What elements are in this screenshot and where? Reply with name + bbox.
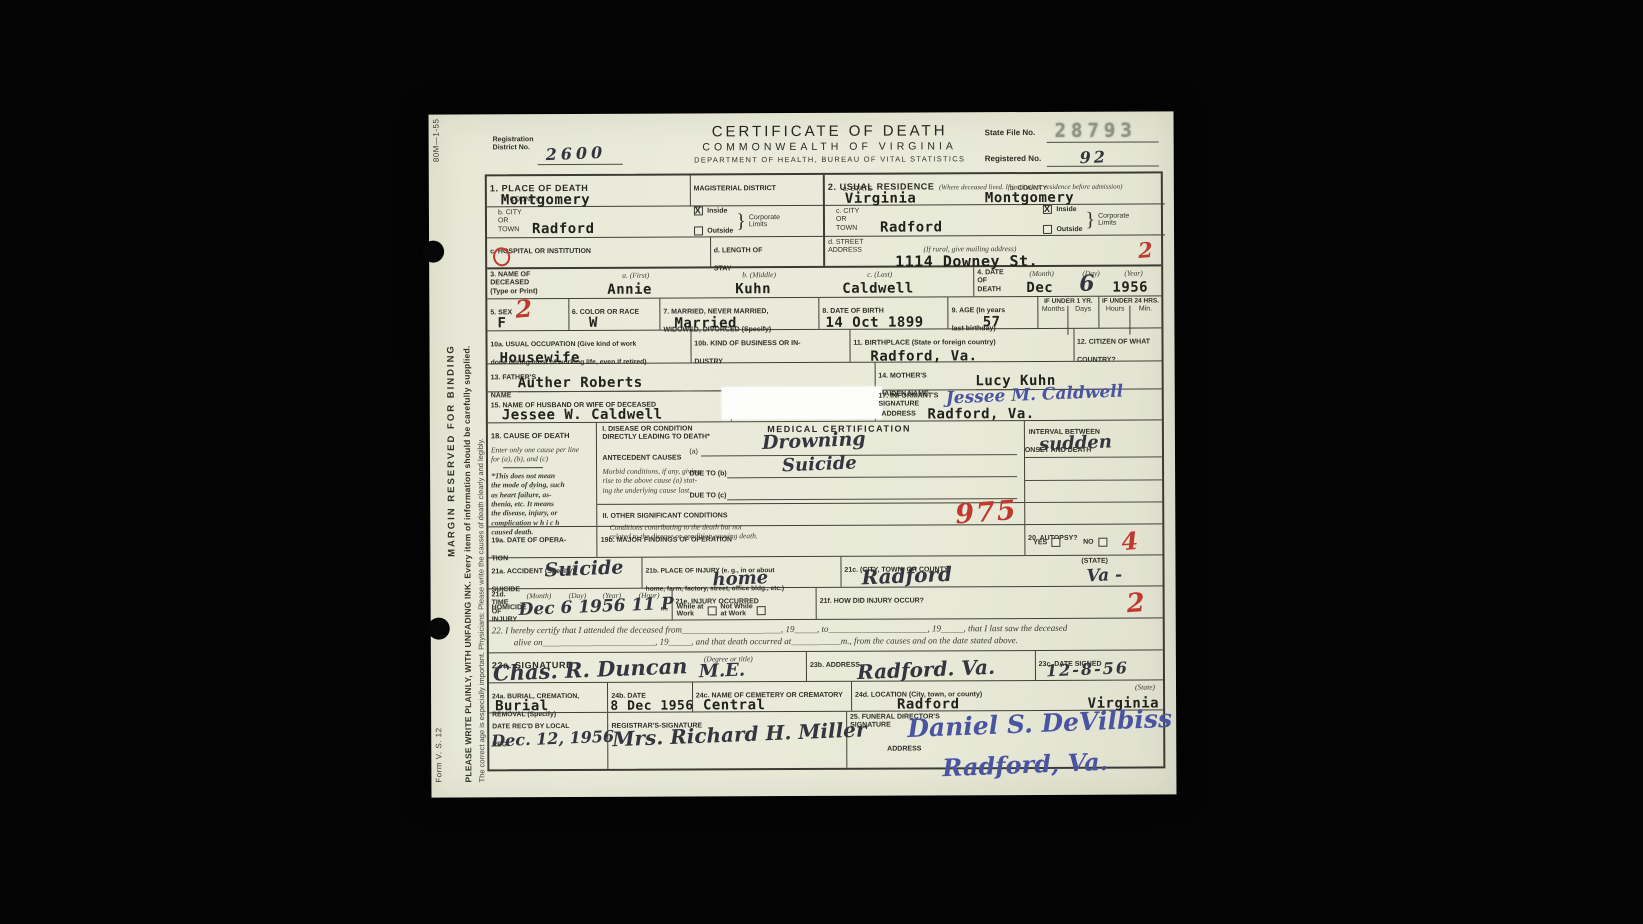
red-mark-injury: 2: [1125, 588, 1145, 619]
field-color-race: 6. COLOR OR RACE W: [569, 299, 661, 330]
outside-label: Outside: [707, 228, 733, 235]
cause-title: 18. CAUSE OF DEATH: [491, 431, 570, 440]
last-name-label: c. (Last): [867, 270, 892, 279]
death-year-label: (Year): [1124, 269, 1143, 278]
time-of-injury-label: 21d. TIME OF INJURY: [492, 591, 522, 625]
funeral-address-value: Radford, Va.: [942, 747, 1109, 782]
redacted-area: [731, 391, 875, 422]
not-while-at-work-checkbox: [757, 606, 766, 615]
county-of-death-value: Montgomery: [501, 192, 590, 208]
magisterial-district-label: MAGISTERIAL DISTRICT: [694, 185, 776, 192]
business-label: 10b. KIND OF BUSINESS OR IN- DUSTRY: [694, 340, 800, 365]
injury-city-value: Radford: [861, 562, 952, 590]
registration-district-value: 2600: [545, 143, 606, 164]
interval-block: INTERVAL BETWEEN ONSET AND DEATH sudden: [1025, 420, 1163, 524]
field-physician-signature: 23a. SIGNATURE (Degree or title) Chas. R…: [489, 652, 807, 682]
informant-address-label: ADDRESS: [882, 410, 916, 419]
red-mark-autopsy: 4: [1120, 526, 1139, 556]
death-month-value: Dec: [1026, 280, 1053, 296]
certificate-form: 1. PLACE OF DEATH a. COUNTY Montgomery M…: [485, 171, 1166, 771]
field-spouse-name: 15. NAME OF HUSBAND OR WIFE OF DECEASED …: [488, 391, 732, 422]
outside-checkbox-death: [694, 227, 703, 236]
field-residence-state-county: 2. USUAL RESIDENCE (Where deceased lived…: [825, 173, 1165, 204]
middle-name-label: b. (Middle): [742, 270, 776, 280]
death-year-value: 1956: [1112, 279, 1148, 295]
spouse-value: Jessee W. Caldwell: [502, 407, 663, 424]
field-city-of-death: b. CITY OR TOWN Radford: [487, 206, 691, 237]
commonwealth-subtitle: COMMONWEALTH OF VIRGINIA: [690, 140, 970, 153]
corporate-limits-death: X Inside Outside } Corporate Limits: [691, 206, 823, 237]
field-physician-address: 23b. ADDRESS Radford. Va.: [807, 651, 1036, 681]
inside-checkbox-death: X: [694, 207, 703, 216]
middle-name-value: Kuhn: [735, 281, 771, 297]
form-number: Form V. S. 12: [434, 727, 443, 782]
cause-a-value: Drowning: [762, 428, 866, 454]
field-hospital: c. HOSPITAL OR INSTITUTION: [487, 237, 711, 269]
date-of-death-label: 4. DATE OF DEATH: [977, 269, 1019, 294]
death-month-label: (Month): [1029, 269, 1054, 278]
age-value: 57: [983, 314, 1001, 330]
state-file-number: 28793: [1055, 120, 1137, 142]
medical-certification-block: MEDICAL CERTIFICATION I. DISEASE OR COND…: [597, 421, 1025, 526]
certificate-header: Registration District No. 2600 CERTIFICA…: [485, 119, 1163, 174]
title-block: CERTIFICATE OF DEATH COMMONWEALTH OF VIR…: [690, 122, 970, 164]
brace-glyph: }: [1085, 208, 1095, 231]
autopsy-yes-checkbox: [1052, 538, 1061, 547]
corporate-limits-residence: X Inside Outside } Corporate Limits: [1040, 204, 1165, 235]
registered-no-label: Registered No.: [985, 154, 1042, 163]
field-date-of-birth: 8. DATE OF BIRTH 14 Oct 1899: [819, 297, 948, 329]
field-injury-city-state: 21c. (CITY, TOWN, OR COUNTY) Radford (ST…: [841, 555, 1162, 586]
field-accident-suicide: 21a. ACCIDENT (Specify) SUICIDE HOMICIDE…: [488, 558, 642, 589]
date-received-value: Dec. 12, 1956: [491, 727, 615, 751]
other-conditions-label: II. OTHER SIGNIFICANT CONDITIONS: [603, 512, 728, 520]
field-birthplace: 11. BIRTHPLACE (State or foreign country…: [850, 329, 1074, 362]
residence-state-value: Virginia: [845, 191, 917, 207]
first-name-value: Annie: [607, 282, 652, 298]
cemetery-value: Central: [703, 697, 766, 713]
cause-a-label: (a): [689, 448, 698, 456]
field-cemetery: 24c. NAME OF CEMETERY OR CREMATORY Centr…: [693, 682, 852, 712]
field-under-1yr: IF UNDER 1 YR. Months Days: [1038, 297, 1100, 328]
check-mark: X: [695, 206, 701, 216]
injury-state-value: Va -: [1086, 565, 1122, 586]
state-file-label: State File No.: [985, 128, 1036, 137]
findings-label: 19b. MAJOR FINDINGS OF OPERATION: [601, 536, 732, 544]
sex-value: F: [497, 315, 506, 331]
field-street-address: d. STREET ADDRESS (If rural, give mailin…: [825, 235, 1165, 267]
cause-c-label: DUE TO (c): [690, 492, 727, 501]
inside-label-residence: Inside: [1056, 206, 1076, 213]
street-address-label: d. STREET ADDRESS: [828, 239, 863, 256]
injury-m-label: m.: [661, 605, 669, 613]
field-date-of-operation: 19a. DATE OF OPERA- TION: [488, 527, 598, 557]
cause-of-death-notes: 18. CAUSE OF DEATH Enter only one cause …: [488, 423, 598, 526]
autopsy-no-checkbox: [1098, 538, 1107, 547]
field-age: 9. AGE (In years last birthday) 57: [949, 297, 1039, 328]
birthplace-label: 11. BIRTHPLACE (State or foreign country…: [853, 339, 995, 347]
field-sex: 5. SEX F 2: [487, 299, 569, 330]
inside-label: Inside: [707, 208, 727, 215]
autopsy-no-label: NO: [1083, 539, 1094, 546]
field-major-findings: 19b. MAJOR FINDINGS OF OPERATION: [598, 525, 1026, 557]
inside-checkbox-residence: X: [1043, 205, 1052, 214]
certificate-title: CERTIFICATE OF DEATH: [690, 122, 970, 140]
certify-line-2: alive on_________________________, 19___…: [514, 635, 1160, 649]
while-at-work-label: While at Work: [677, 603, 704, 617]
residence-city-value: Radford: [880, 219, 943, 235]
death-certificate-document: Form V. S. 12 80M—1-55 MARGIN RESERVED F…: [429, 111, 1177, 797]
cause-b-label: DUE TO (b): [689, 470, 726, 479]
informant-address-value: Radford, Va.: [927, 406, 1034, 422]
corporate-limits-label: Corporate Limits: [749, 214, 780, 228]
physician-address-value: Radford. Va.: [857, 655, 996, 684]
field-usual-occupation: 10a. USUAL OCCUPATION (Give kind of work…: [487, 330, 691, 363]
funeral-address-label: ADDRESS: [887, 745, 921, 754]
department-line: DEPARTMENT OF HEALTH, BUREAU OF VITAL ST…: [690, 154, 970, 164]
antecedent-label: ANTECEDENT CAUSES: [602, 455, 681, 464]
print-code: 80M—1-55: [432, 119, 441, 163]
cause-note-1: Enter only one cause per line for (a), (…: [491, 445, 593, 464]
while-at-work-checkbox: [707, 606, 716, 615]
first-name-label: a. (First): [622, 271, 649, 280]
field-under-24hr: IF UNDER 24 HRS. Hours Min.: [1100, 296, 1162, 327]
color-race-value: W: [589, 315, 598, 331]
not-while-at-work-label: Not While at Work: [720, 603, 752, 617]
field-registrar-signature: REGISTRAR'S-SIGNATURE Mrs. Richard H. Mi…: [608, 712, 847, 769]
physician-signature-value: Chas. R. Duncan: [493, 653, 688, 686]
color-race-label: 6. COLOR OR RACE: [572, 309, 639, 316]
registered-no-value: 92: [1079, 147, 1108, 167]
outside-checkbox-residence: [1043, 225, 1052, 234]
how-injury-label: 21f. HOW DID INJURY OCCUR?: [820, 597, 924, 604]
redaction-box: [721, 387, 881, 420]
field-date-received: DATE REC'D BY LOCAL REG. Dec. 12, 1956: [489, 713, 609, 770]
corporate-limits-label-residence: Corporate Limits: [1098, 213, 1129, 227]
check-mark: X: [1044, 204, 1050, 214]
brace-glyph: }: [736, 210, 746, 233]
field-marital-status: 7. MARRIED, NEVER MARRIED, WIDOWED, DIVO…: [660, 298, 819, 330]
field-date-signed: 23c. DATE SIGNED 12-8-56: [1036, 650, 1163, 680]
scan-background: Form V. S. 12 80M—1-55 MARGIN RESERVED F…: [0, 0, 1643, 924]
disease-label: I. DISEASE OR CONDITION DIRECTLY LEADING…: [602, 425, 710, 442]
outside-label-residence: Outside: [1056, 226, 1082, 233]
date-signed-value: 12-8-56: [1045, 658, 1129, 680]
field-business-industry: 10b. KIND OF BUSINESS OR IN- DUSTRY: [691, 330, 850, 363]
burial-value: Burial: [495, 698, 549, 714]
field-date-of-death: 4. DATE OF DEATH (Month) (Day) (Year) De…: [974, 266, 1161, 296]
name-of-deceased-label: 3. NAME OF DECEASED (Type or Print): [490, 271, 582, 297]
accident-value: Suicide: [544, 556, 624, 581]
registration-district: Registration District No. 2600: [493, 136, 643, 166]
last-name-value: Caldwell: [842, 281, 914, 297]
cause-b-value: Suicide: [782, 452, 858, 476]
section-usual-residence: 2. USUAL RESIDENCE (Where deceased lived…: [825, 173, 1165, 265]
dob-value: 14 Oct 1899: [825, 314, 923, 330]
margin-instruction-1: PLEASE WRITE PLAINLY, WITH UNFADING INK.…: [460, 118, 473, 782]
field-length-of-stay: d. LENGTH OF STAY: [711, 237, 823, 268]
field-name-of-deceased: 3. NAME OF DECEASED (Type or Print) a. (…: [487, 267, 974, 298]
morbid-note: Morbid conditions, if any, giving rise t…: [602, 466, 700, 495]
file-numbers: State File No. 28793 Registered No. 92: [985, 127, 1163, 176]
section-place-of-death: 1. PLACE OF DEATH a. COUNTY Montgomery M…: [487, 175, 825, 267]
certification-statement: 22. I hereby certify that I attended the…: [489, 618, 1163, 652]
interval-value: sudden: [1038, 431, 1112, 455]
city-of-death-value: Radford: [532, 221, 595, 237]
place-of-injury-value: home: [712, 567, 768, 590]
location-value: Radford: [897, 696, 960, 712]
binding-margin: Form V. S. 12 80M—1-55 MARGIN RESERVED F…: [431, 114, 488, 797]
field-county-of-death: 1. PLACE OF DEATH a. COUNTY Montgomery: [487, 175, 691, 206]
field-time-of-injury: 21d. TIME OF INJURY (Month) (Day) (Year)…: [489, 589, 673, 621]
margin-binding-text: MARGIN RESERVED FOR BINDING: [445, 119, 459, 783]
red-mark-sex: 2: [514, 294, 533, 324]
autopsy-yes-label: YES: [1033, 539, 1047, 546]
location-state-label: (State): [1135, 682, 1155, 691]
registration-district-label: Registration District No.: [493, 136, 534, 153]
field-residence-city: c. CITY OR TOWN Radford: [825, 205, 1040, 236]
field-funeral-director: 25. FUNERAL DIRECTOR'S SIGNATURE Daniel …: [847, 710, 1163, 767]
marital-value: Married: [674, 315, 737, 331]
death-day-value: 6: [1079, 270, 1095, 297]
field-place-of-injury: 21b. PLACE OF INJURY (e. g., in or about…: [643, 557, 842, 588]
field-citizen: 12. CITIZEN OF WHAT COUNTRY?: [1074, 328, 1162, 360]
field-magisterial-district: MAGISTERIAL DISTRICT: [691, 175, 823, 206]
red-mark-residence: 2: [1138, 237, 1154, 263]
physician-address-label: 23b. ADDRESS: [810, 662, 860, 669]
field-injury-occurred: 21e. INJURY OCCURRED While at Work Not W…: [673, 588, 817, 620]
degree-value: M.E.: [699, 659, 746, 682]
citizen-label: 12. CITIZEN OF WHAT COUNTRY?: [1077, 338, 1150, 363]
field-autopsy: 20. AUTOPSY? YES NO 4: [1025, 524, 1162, 555]
field-burial-date: 24b. DATE 8 Dec 1956: [608, 682, 693, 711]
field-informant: 17. INFORMANT'S SIGNATURE Jessee M. Cald…: [875, 389, 1161, 420]
field-burial: 24a. BURIAL, CREMATION, REMOVAL (Specify…: [489, 683, 608, 713]
field-how-injury-occurred: 21f. HOW DID INJURY OCCUR? 2: [817, 586, 1163, 619]
